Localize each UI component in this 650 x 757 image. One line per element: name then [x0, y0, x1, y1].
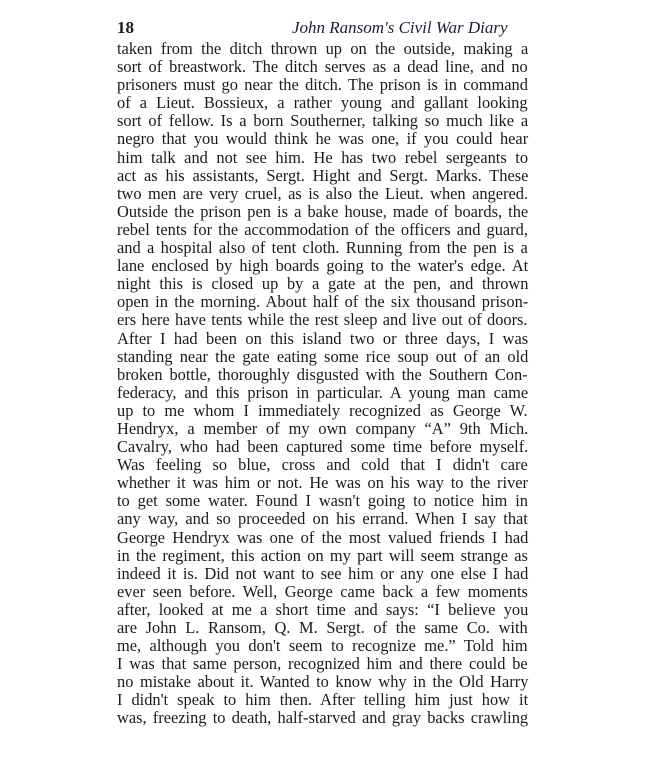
- text-line: him talk and not see him. He has two reb…: [117, 149, 528, 167]
- text-line: broken bottle, thoroughly disgusted with…: [117, 366, 528, 384]
- text-line: after, looked at me a short time and say…: [117, 601, 528, 619]
- text-line: are John L. Ransom, Q. M. Sergt. of the …: [117, 619, 528, 637]
- text-line: rebel tents for the accommodation of the…: [117, 221, 528, 239]
- text-line: Cavalry, who had been captured some time…: [117, 438, 528, 456]
- text-line: act as his assistants, Sergt. Hight and …: [117, 167, 528, 185]
- text-line: negro that you would think he was one, i…: [117, 130, 528, 148]
- text-line: open in the morning. About half of the s…: [117, 293, 528, 311]
- text-line: whether it was him or not. He was on his…: [117, 474, 528, 492]
- text-line: George Hendryx was one of the most value…: [117, 529, 528, 547]
- text-line: sort of fellow. Is a born Southerner, ta…: [117, 112, 528, 130]
- text-line: no mistake about it. Wanted to know why …: [117, 673, 528, 691]
- text-line: and a hospital also of tent cloth. Runni…: [117, 239, 528, 257]
- text-line: was, freezing to death, half-starved and…: [117, 709, 528, 727]
- page-number: 18: [117, 17, 134, 39]
- text-line: any way, and so proceeded on his errand.…: [117, 510, 528, 528]
- text-line: indeed it is. Did not want to see him or…: [117, 565, 528, 583]
- page-header: 18 John Ransom's Civil War Diary: [117, 17, 527, 39]
- text-line: of a Lieut. Bossieux, a rather young and…: [117, 94, 528, 112]
- text-line: sort of breastwork. The ditch serves as …: [117, 58, 528, 76]
- text-line: up to me whom I immediately recognized a…: [117, 402, 528, 420]
- text-line: prisoners must go near the ditch. The pr…: [117, 76, 528, 94]
- text-line: federacy, and this prison in particular.…: [117, 384, 528, 402]
- text-line: two men are very cruel, as is also the L…: [117, 185, 528, 203]
- text-line: ever seen before. Well, George came back…: [117, 583, 528, 601]
- text-line: After I had been on this island two or t…: [117, 330, 528, 348]
- text-line: taken from the ditch thrown up on the ou…: [117, 40, 528, 58]
- text-line: night this is closed up by a gate at the…: [117, 275, 528, 293]
- text-line: standing near the gate eating some rice …: [117, 348, 528, 366]
- running-title: John Ransom's Civil War Diary: [292, 17, 508, 39]
- text-line: in the regiment, this action on my part …: [117, 547, 528, 565]
- text-line: Was feeling so blue, cross and cold that…: [117, 456, 528, 474]
- text-line: me, although you don't seem to recognize…: [117, 637, 528, 655]
- text-line: Hendryx, a member of my own company “A” …: [117, 420, 528, 438]
- text-line: ers here have tents while the rest sleep…: [117, 311, 528, 329]
- text-line: lane enclosed by high boards going to th…: [117, 257, 528, 275]
- text-line: I didn't speak to him then. After tellin…: [117, 691, 528, 709]
- text-line: Outside the prison pen is a bake house, …: [117, 203, 528, 221]
- body-text: taken from the ditch thrown up on the ou…: [117, 40, 528, 728]
- text-line: I was that same person, recognized him a…: [117, 655, 528, 673]
- text-line: to get some water. Found I wasn't going …: [117, 492, 528, 510]
- book-page: 18 John Ransom's Civil War Diary taken f…: [0, 0, 650, 757]
